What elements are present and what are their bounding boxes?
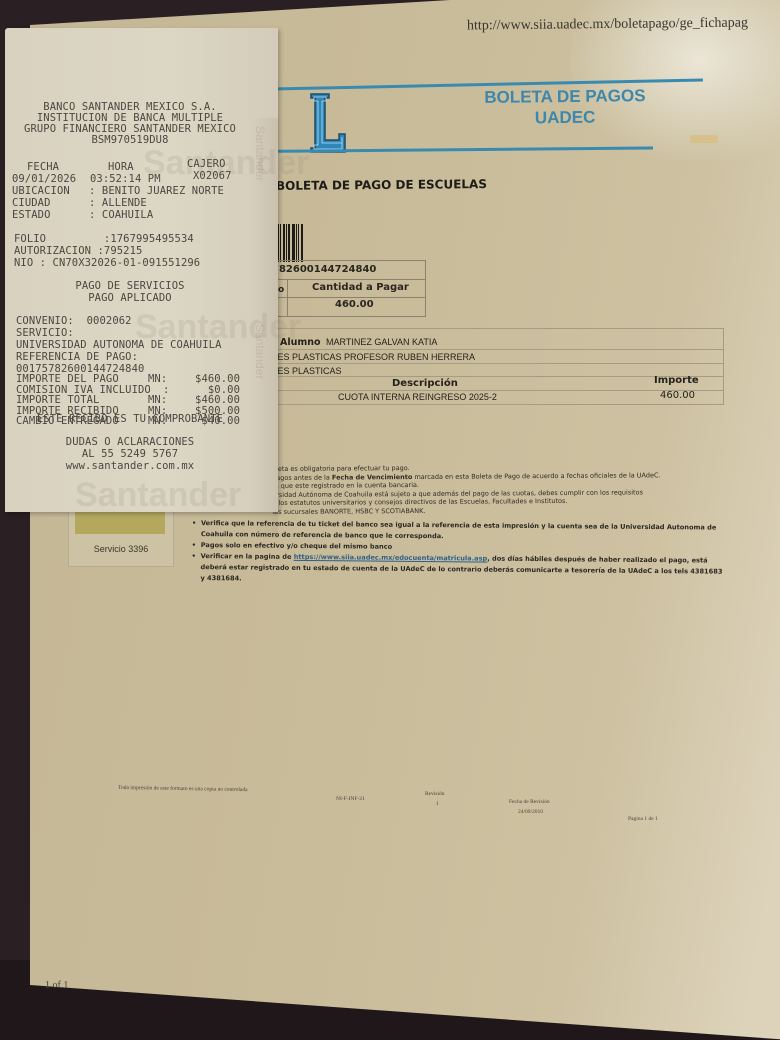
alumno-value: MARTINEZ GALVAN KATIA [326, 337, 437, 347]
hora-value: 03:52:14 PM [90, 174, 161, 185]
ubicacion: UBICACION : BENITO JUAREZ NORTE [12, 186, 224, 197]
dudas-text: DUDAS O ACLARACIONES [5, 437, 255, 448]
reference-number: 782600144724840 [272, 264, 376, 275]
fecha-value: 09/01/2026 [12, 174, 76, 185]
santander-side-watermark: Santander [253, 126, 267, 181]
cajero-label: CAJERO [187, 159, 226, 170]
folio: FOLIO :1767995495534 [14, 234, 194, 245]
nio: NIO : CN70X32026-01-091551296 [14, 258, 200, 269]
pago-servicios: PAGO DE SERVICIOS [5, 281, 255, 292]
cantidad-label: Cantidad a Pagar [312, 282, 409, 293]
santander-website: www.santander.com.mx [5, 461, 255, 472]
santander-watermark: Santander [75, 476, 241, 515]
ciudad: CIUDAD : ALLENDE [12, 198, 147, 209]
item-importe: 460.00 [660, 390, 695, 401]
cajero-value: X02067 [193, 171, 232, 182]
bank-logo-block [75, 512, 165, 534]
uadec-logo-icon [309, 92, 347, 154]
santander-receipt: Santander Santander Santander Santander … [5, 28, 278, 512]
footer-code: NI-F-INF-21 [336, 796, 365, 802]
edocuenta-link[interactable]: https://www.siia.uadec.mx/edocuenta/matr… [294, 553, 488, 563]
servicio-value: UNIVERSIDAD AUTONOMA DE COAHUILA [16, 340, 222, 351]
santander-side-watermark: Santander [253, 324, 267, 379]
cantidad-value: 460.00 [335, 299, 374, 310]
bullet-text: Verificar en la pagina de [201, 552, 294, 561]
footer-revision-label: Revisión [425, 791, 445, 797]
telefono: AL 55 5249 5767 [5, 449, 255, 460]
footer-fecha-revision-label: Fecha de Revisión [509, 799, 550, 805]
printed-url: http://www.siia.uadec.mx/boletapago/ge_f… [467, 16, 748, 35]
servicio-label: SERVICIO: [16, 328, 74, 339]
page-count: 1 of 1 [45, 980, 68, 991]
header-title-line1: BOLETA DE PAGOS [470, 85, 660, 108]
header-title-line2: UADEC [470, 106, 660, 129]
pago-aplicado: PAGO APLICADO [5, 293, 255, 304]
hora-label: HORA [108, 162, 134, 173]
importe-header: Importe [654, 375, 699, 386]
descripcion-header: Descripción [392, 378, 458, 389]
payment-notes: oleta es obligatoria para efectuar tu pa… [272, 462, 661, 516]
footer-revision-value: 1 [436, 801, 439, 807]
bullet-verify-online: Verificar en la pagina de https://www.si… [191, 551, 726, 589]
estado: ESTADO : COAHUILA [12, 210, 153, 221]
gold-seal-mark [690, 135, 718, 143]
service-number: Servicio 3396 [69, 544, 173, 554]
column-fragment: o [278, 285, 284, 295]
fecha-label: FECHA [27, 162, 59, 173]
comprobante-text: ESTE RECIBO ES TU COMPROBANTE [5, 414, 255, 425]
bank-rfc: BSM970519DU8 [5, 135, 255, 146]
boleta-header-title: BOLETA DE PAGOS UADEC [470, 85, 660, 129]
footer-page: Pagina 1 de 1 [628, 816, 658, 822]
item-descripcion: CUOTA INTERNA REINGRESO 2025-2 [338, 392, 497, 402]
convenio: CONVENIO: 0002062 [16, 316, 132, 327]
autorizacion: AUTORIZACION :795215 [14, 246, 142, 257]
school-short-line: TES PLASTICAS [272, 366, 342, 376]
school-name-line: TES PLASTICAS PROFESOR RUBEN HERRERA [272, 352, 475, 362]
referencia-pago-label: REFERENCIA DE PAGO: [16, 352, 138, 363]
footer-fecha-revision-value: 24/09/2010 [518, 809, 543, 815]
